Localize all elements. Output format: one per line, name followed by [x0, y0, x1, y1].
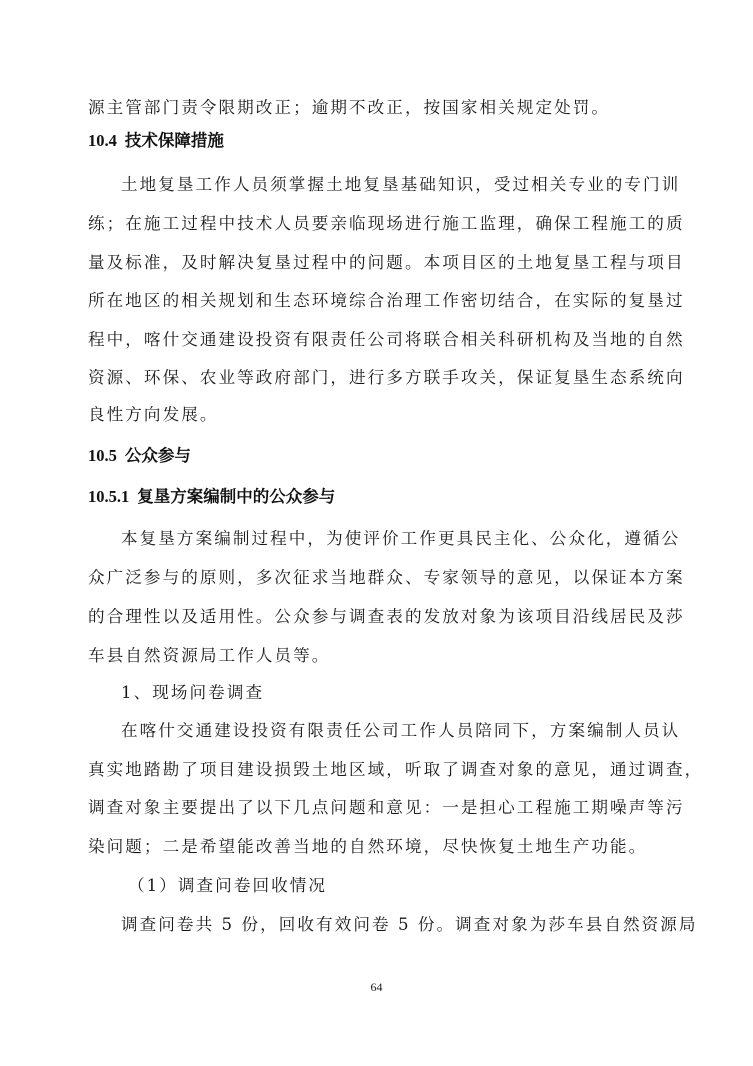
body-text-line: 在喀什交通建设投资有限责任公司工作人员陪同下，方案编制人员认: [121, 720, 663, 742]
heading-title: 技术保障措施: [125, 131, 224, 150]
body-text-line: 所在地区的相关规划和生态环境综合治理工作密切结合，在实际的复垦过: [88, 290, 663, 312]
section-heading-10-4: 10.4技术保障措施: [88, 130, 224, 152]
section-heading-10-5: 10.5公众参与: [88, 445, 191, 467]
body-text-line: 土地复垦工作人员须掌握土地复垦基础知识，受过相关专业的专门训: [121, 174, 663, 196]
body-text-line: 程中，喀什交通建设投资有限责任公司将联合相关科研机构及当地的自然: [88, 329, 663, 351]
body-text-line: 资源、环保、农业等政府部门，进行多方联手攻关，保证复垦生态系统向: [88, 367, 663, 389]
body-text-line: 本复垦方案编制过程中，为使评价工作更具民主化、公众化，遵循公: [121, 528, 663, 550]
body-text-line: 量及标准，及时解决复垦过程中的问题。本项目区的土地复垦工程与项目: [88, 252, 663, 274]
list-item: 1、现场问卷调查: [121, 682, 663, 704]
body-text-line: 车县自然资源局工作人员等。: [88, 645, 663, 667]
body-text-line: 良性方向发展。: [88, 404, 663, 426]
body-text-line: 真实地踏勘了项目建设损毁土地区域，听取了调查对象的意见，通过调查，: [88, 759, 663, 781]
body-text-line: 众广泛参与的原则，多次征求当地群众、专家领导的意见，以保证本方案: [88, 567, 663, 589]
body-text-line: 调查问卷共 5 份，回收有效问卷 5 份。调查对象为莎车县自然资源局: [121, 914, 663, 936]
body-text-line: 染问题；二是希望能改善当地的自然环境，尽快恢复土地生产功能。: [88, 836, 663, 858]
body-text-line: 源主管部门责令限期改正；逾期不改正，按国家相关规定处罚。: [88, 97, 663, 119]
heading-number: 10.5: [88, 446, 117, 465]
section-heading-10-5-1: 10.5.1复垦方案编制中的公众参与: [88, 486, 335, 508]
body-text-line: 练；在施工过程中技术人员要亲临现场进行施工监理，确保工程施工的质: [88, 213, 663, 235]
heading-number: 10.4: [88, 131, 117, 150]
heading-title: 公众参与: [125, 446, 191, 465]
sub-item-heading: （1）调查问卷回收情况: [128, 875, 703, 897]
heading-number: 10.5.1: [88, 487, 129, 506]
body-text-line: 调查对象主要提出了以下几点问题和意见：一是担心工程施工期噪声等污: [88, 797, 663, 819]
page-number: 64: [0, 980, 753, 995]
heading-title: 复垦方案编制中的公众参与: [137, 487, 335, 506]
body-text-line: 的合理性以及适用性。公众参与调查表的发放对象为该项目沿线居民及莎: [88, 606, 663, 628]
